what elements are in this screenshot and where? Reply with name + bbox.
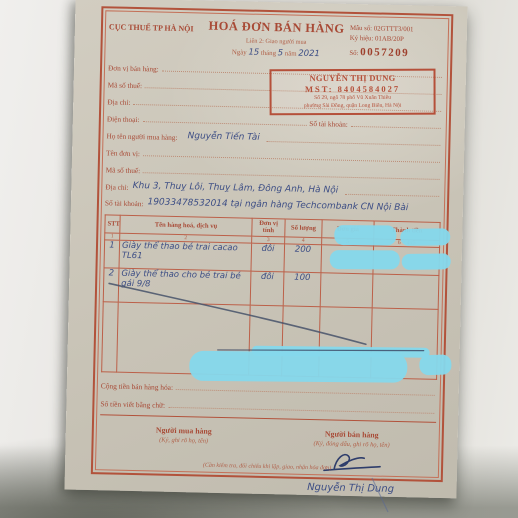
stamp-seller-name: NGUYỄN THỊ DUNG <box>273 73 431 84</box>
invoice-meta: Mẫu số: 02GTTT3/001 Ký hiệu: 01AB/20P Số… <box>349 22 445 63</box>
copy-line: Liên 2: Giao người mua <box>203 37 350 47</box>
seller-signed-name-handwritten: Nguyễn Thị Dung <box>266 481 434 496</box>
stamp-tax-code: MST: 8404584027 <box>274 84 432 95</box>
col-qty: Số lượng <box>285 219 322 238</box>
empty-rows-area <box>102 302 439 380</box>
buyer-unit-label: Tên đơn vị: <box>106 148 140 158</box>
buyer-address-label: Địa chỉ: <box>105 182 129 192</box>
dotted-line <box>176 381 435 396</box>
col-unit-price: Đơn giá <box>322 220 374 239</box>
seller-tax-label: Mã số thuế: <box>108 80 143 90</box>
date-line: Ngày 15 tháng 5 năm 2021 <box>202 48 349 61</box>
buyer-address-handwritten: Khu 3, Thuỵ Lôi, Thuỵ Lâm, Đông Anh, Hà … <box>133 182 339 197</box>
invoice-header: CỤC THUẾ TP HÀ NỘI HOÁ ĐƠN BÁN HÀNG Liên… <box>108 16 445 62</box>
dotted-line <box>267 133 441 146</box>
col-amount: Thành tiền <box>374 221 440 241</box>
buyer-signature-block: Người mua hàng (Ký, ghi rõ họ, tên) <box>98 425 267 493</box>
row1-item-name-handwritten: Giày thể thao bé trai cacao TL61 <box>119 240 252 271</box>
row2-stt: 2 <box>103 268 119 302</box>
seller-stamp: NGUYỄN THỊ DUNG MST: 8404584027 Số 29, n… <box>269 69 435 116</box>
buyer-account-handwritten: 19033478532014 tại ngân hàng Techcombank… <box>147 198 408 214</box>
date-day-handwritten: 15 <box>248 48 259 58</box>
amount-in-words-label: Số tiền viết bằng chữ: <box>100 400 165 410</box>
row1-stt: 1 <box>104 240 120 268</box>
row2-unit-price-redacted <box>320 273 373 308</box>
buyer-account-label: Số tài khoản: <box>105 198 144 208</box>
dotted-line <box>143 147 440 163</box>
seller-unit-label: Đơn vị bán hàng: <box>108 63 159 73</box>
dotted-line <box>345 186 439 197</box>
invoice-paper: CỤC THUẾ TP HÀ NỘI HOÁ ĐƠN BÁN HÀNG Liên… <box>64 0 467 498</box>
date-year-handwritten: 2021 <box>298 49 320 59</box>
items-table: STT Tên hàng hoá, dịch vụ Đơn vị tính Số… <box>101 214 441 380</box>
date-month-handwritten: 5 <box>278 48 284 58</box>
total-amount-label: Cộng tiền bán hàng hóa: <box>101 382 173 393</box>
photo-background: CỤC THUẾ TP HÀ NỘI HOÁ ĐƠN BÁN HÀNG Liên… <box>0 0 518 518</box>
date-year-label: năm <box>285 50 297 57</box>
tax-office: CỤC THUẾ TP HÀ NỘI <box>108 16 203 57</box>
number-label: Số: <box>349 50 358 57</box>
invoice-title: HOÁ ĐƠN BÁN HÀNG <box>203 19 350 37</box>
stamp-address-line1: Số 29, ngõ 78 phố Vũ Xuân Thiều <box>274 95 432 103</box>
row1-unit-handwritten: đôi <box>251 243 285 272</box>
dotted-line <box>351 118 441 129</box>
dotted-line <box>168 399 434 414</box>
date-prefix: Ngày <box>232 49 247 56</box>
row2-unit-handwritten: đôi <box>250 271 284 306</box>
stamp-address-line2: phường Sài Đồng, quận Long Biên, Hà Nội <box>274 103 432 111</box>
dotted-line <box>143 164 440 180</box>
row1-unit-price-redacted <box>321 245 374 274</box>
seller-phone-label: Điện thoại: <box>107 114 140 124</box>
invoice-number: 0057209 <box>360 46 409 59</box>
col-unit: Đơn vị tính <box>252 218 285 237</box>
seller-signature-note: (Ký, đóng dấu, ghi rõ họ, tên) <box>267 439 435 450</box>
buyer-name-label: Họ tên người mua hàng: <box>106 131 177 142</box>
buyer-tax-label: Mã số thuế: <box>106 165 141 175</box>
buyer-signature-note: (Ký, ghi rõ họ, tên) <box>100 436 268 447</box>
invoice-red-frame: CỤC THUẾ TP HÀ NỘI HOÁ ĐƠN BÁN HÀNG Liên… <box>91 6 454 482</box>
row1-qty-handwritten: 200 <box>284 244 322 273</box>
signature-section: Người mua hàng (Ký, ghi rõ họ, tên) Ngườ… <box>98 425 435 497</box>
row2-item-name-handwritten: Giày thể thao cho bé trai bé gái 9/8 <box>118 268 251 305</box>
date-month-label: tháng <box>261 50 276 57</box>
buyer-name-handwritten: Nguyễn Tiến Tài <box>187 132 259 144</box>
buyer-section: Họ tên người mua hàng: Nguyễn Tiến Tài T… <box>105 129 443 214</box>
seller-address-label: Địa chỉ: <box>107 97 131 107</box>
row2-qty-handwritten: 100 <box>283 272 321 307</box>
col-stt: STT <box>105 215 120 233</box>
row2-amount-redacted <box>372 274 439 309</box>
seller-signature-block: Người bán hàng (Ký, đóng dấu, ghi rõ họ,… <box>266 428 435 496</box>
section-divider <box>100 415 436 424</box>
seller-signature-scribble <box>306 449 397 477</box>
row1-amount-redacted <box>373 246 440 275</box>
seller-account-label: Số tài khoản: <box>309 119 348 129</box>
